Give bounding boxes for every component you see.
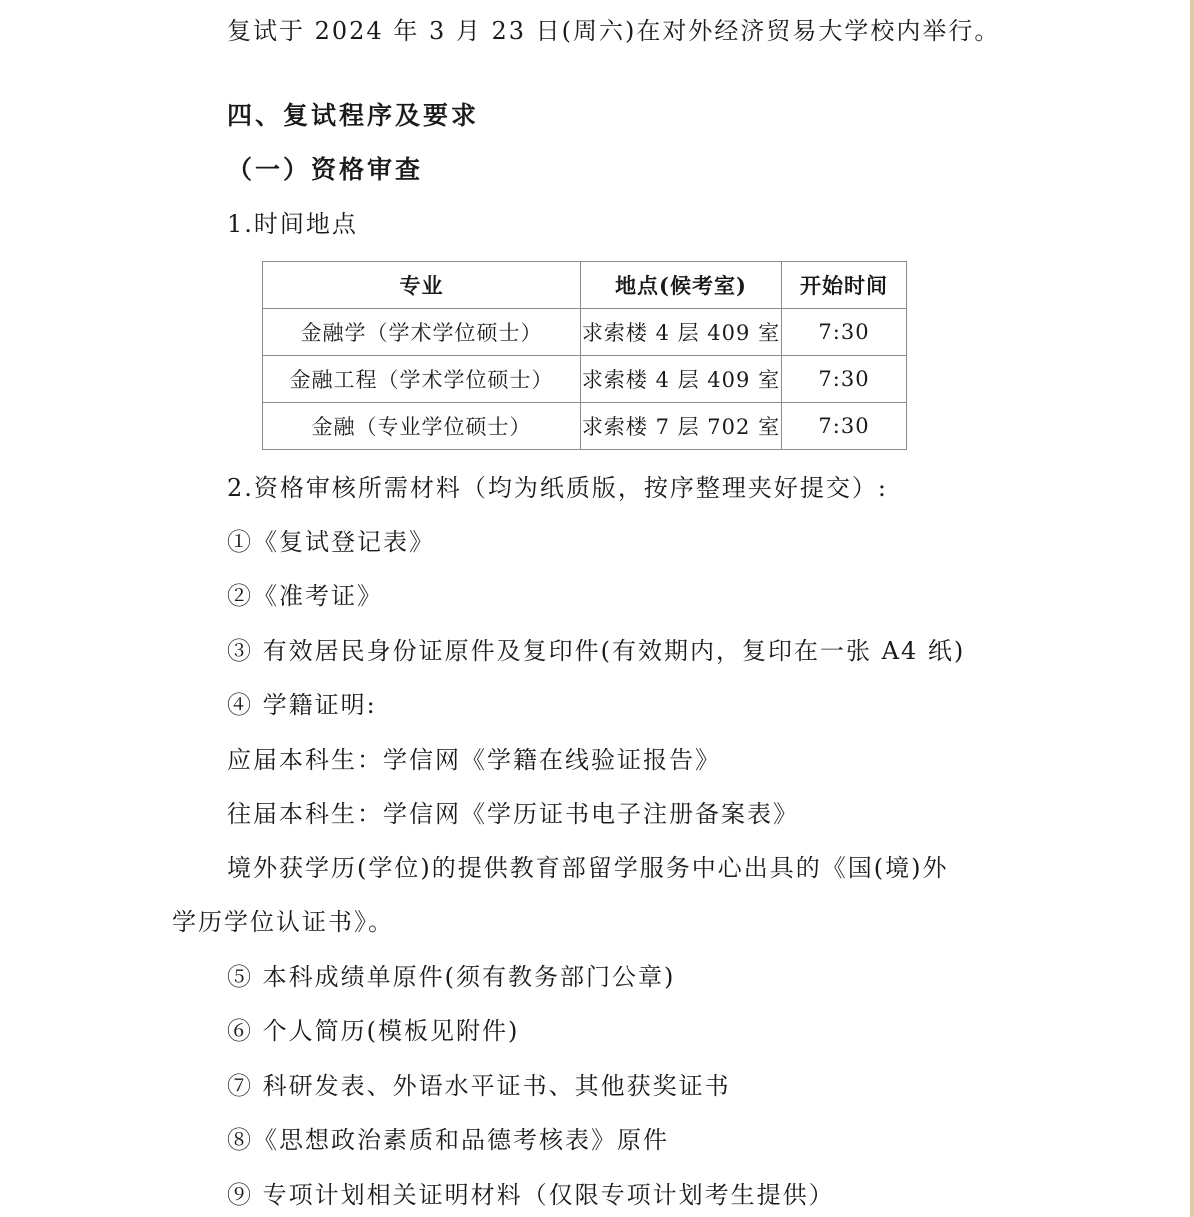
document-page: 复试于 2024 年 3 月 23 日(周六)在对外经济贸易大学校内举行。 四、… (0, 0, 1190, 1217)
material-item-3: ③ 有效居民身份证原件及复印件(有效期内，复印在一张 A4 纸) (227, 636, 965, 666)
cell-time: 7:30 (782, 403, 907, 450)
subsection-heading: （一）资格审查 (227, 155, 423, 185)
material-subitem-overseas: 境外获学历(学位)的提供教育部留学服务中心出具的《国(境)外 (227, 853, 948, 883)
cell-major: 金融学（学术学位硕士） (263, 309, 581, 356)
table-row: 金融学（学术学位硕士） 求索楼 4 层 409 室 7:30 (263, 309, 907, 356)
column-header-start-time: 开始时间 (782, 262, 907, 309)
table-header-row: 专业 地点(候考室) 开始时间 (263, 262, 907, 309)
intro-paragraph: 复试于 2024 年 3 月 23 日(周六)在对外经济贸易大学校内举行。 (227, 16, 1000, 46)
section-heading: 四、复试程序及要求 (227, 101, 479, 131)
material-item-7: ⑦ 科研发表、外语水平证书、其他获奖证书 (227, 1071, 731, 1101)
material-item-6: ⑥ 个人简历(模板见附件) (227, 1016, 519, 1046)
cell-location: 求索楼 4 层 409 室 (581, 309, 782, 356)
material-item-5: ⑤ 本科成绩单原件(须有教务部门公章) (227, 962, 675, 992)
material-subitem-overseas-continued: 学历学位认证书》。 (172, 907, 394, 937)
material-subitem-past-undergrad: 往届本科生：学信网《学历证书电子注册备案表》 (227, 799, 799, 829)
column-header-major: 专业 (263, 262, 581, 309)
cell-time: 7:30 (782, 356, 907, 403)
cell-location: 求索楼 7 层 702 室 (581, 403, 782, 450)
column-header-location: 地点(候考室) (581, 262, 782, 309)
table-row: 金融（专业学位硕士） 求索楼 7 层 702 室 7:30 (263, 403, 907, 450)
material-item-1: ①《复试登记表》 (227, 527, 435, 557)
material-item-2: ②《准考证》 (227, 581, 383, 611)
material-subitem-current-undergrad: 应届本科生：学信网《学籍在线验证报告》 (227, 745, 721, 775)
cell-time: 7:30 (782, 309, 907, 356)
cell-location: 求索楼 4 层 409 室 (581, 356, 782, 403)
exam-schedule-table: 专业 地点(候考室) 开始时间 金融学（学术学位硕士） 求索楼 4 层 409 … (262, 261, 907, 450)
table-row: 金融工程（学术学位硕士） 求索楼 4 层 409 室 7:30 (263, 356, 907, 403)
material-item-8: ⑧《思想政治素质和品德考核表》原件 (227, 1125, 669, 1155)
item-2-title: 2.资格审核所需材料（均为纸质版，按序整理夹好提交）: (227, 473, 888, 503)
page-edge-border (1190, 0, 1194, 1217)
material-item-4: ④ 学籍证明: (227, 690, 377, 720)
item-1-title: 1.时间地点 (227, 209, 358, 239)
material-item-9: ⑨ 专项计划相关证明材料（仅限专项计划考生提供） (227, 1180, 835, 1210)
cell-major: 金融（专业学位硕士） (263, 403, 581, 450)
cell-major: 金融工程（学术学位硕士） (263, 356, 581, 403)
